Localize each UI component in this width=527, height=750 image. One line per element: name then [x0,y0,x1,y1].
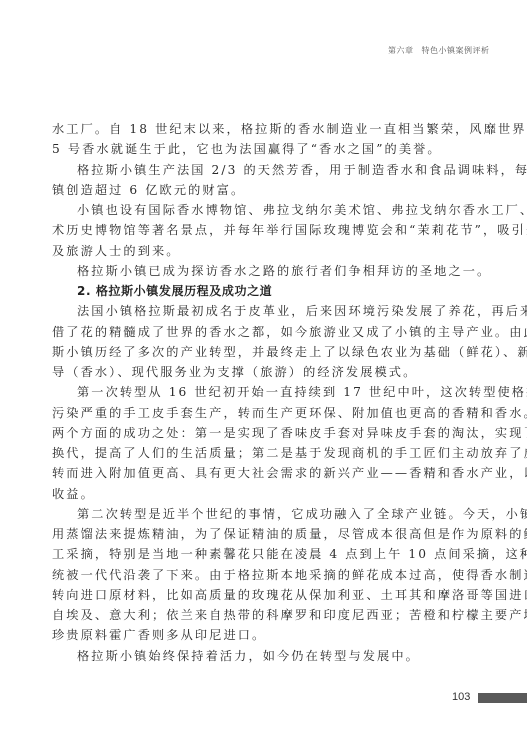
chapter-label: 第六章 [388,46,414,55]
text-line: 污染严重的手工皮手套生产，转而生产更环保、附加值也更高的香精和香水。这次转型有 [52,403,484,423]
text-line: 及旅游人士的到来。 [52,241,484,261]
text-line: 5 号香水就诞生于此，它也为法国赢得了“香水之国”的美誉。 [52,139,484,159]
text-line: 导（香水）、现代服务业为支撑（旅游）的经济发展模式。 [52,362,484,382]
page-number: 103 [452,691,470,703]
page-number-bar [478,693,527,703]
text-line: 借了花的精髓成了世界的香水之都，如今旅游业又成了小镇的主导产业。由此可见，格拉 [52,322,484,342]
text-line: 收益。 [52,484,484,504]
text-line: 格拉斯小镇始终保持着活力，如今仍在转型与发展中。 [52,646,484,666]
text-line: 统被一代代沿袭了下来。由于格拉斯本地采摘的鲜花成本过高，使得香水制造厂商进而 [52,565,484,585]
text-line: 法国小镇格拉斯最初成名于皮革业，后来因环境污染发展了养花，再后来格拉斯便 [52,301,484,321]
text-line: 珍贵原料霍广香则多从印尼进口。 [52,625,484,645]
text-line: 斯小镇历经了多次的产业转型，并最终走上了以绿色农业为基础（鲜花）、新型工业为主 [52,342,484,362]
text-line: 第二次转型是近半个世纪的事情，它成功融入了全球产业链。今天，小镇里一般使 [52,504,484,524]
body-text: 水工厂。自 18 世纪末以来，格拉斯的香水制造业一直相当繁荣，风靡世界的品牌香奈… [52,119,484,666]
text-line: 第一次转型从 16 世纪初开始一直持续到 17 世纪中叶，这次转型使格拉斯人抛弃… [52,382,484,402]
text-line: 用蒸馏法来提炼精油，为了保证精油的质量，尽管成本很高但是作为原料的鲜花一直是手 [52,524,484,544]
text-line: 两个方面的成功之处：第一是实现了香味皮手套对异味皮手套的淘汰，实现了产业的升级 [52,423,484,443]
text-line: 工采摘，特别是当地一种素馨花只能在凌晨 4 点到上午 10 点间采摘，这种近乎苛… [52,544,484,564]
text-line: 自埃及、意大利；依兰来自热带的科摩罗和印度尼西亚；苦橙和柠檬主要产地也是意大利； [52,605,484,625]
chapter-title: 特色小镇案例评析 [422,46,490,55]
text-line: 转而进入附加值更高、具有更大社会需求的新兴产业——香精和香水产业，以获取更高的 [52,463,484,483]
text-line: 换代，提高了人们的生活质量；第二是基于发现商机的手工匠们主动放弃了皮手套产业， [52,443,484,463]
running-head: 第六章特色小镇案例评析 [388,45,490,56]
text-line: 转向进口原材料，比如高质量的玫瑰花从保加利亚、土耳其和摩洛哥等国进口；茉莉花来 [52,585,484,605]
text-line: 小镇也设有国际香水博物馆、弗拉戈纳尔美术馆、弗拉戈纳尔香水工厂、普罗旺斯艺 [52,200,484,220]
text-line: 术历史博物馆等著名景点，并每年举行国际玫瑰博览会和“茉莉花节”，吸引全世界爱香 [52,220,484,240]
text-line: 镇创造超过 6 亿欧元的财富。 [52,180,484,200]
text-line: 格拉斯小镇已成为探访香水之路的旅行者们争相拜访的圣地之一。 [52,261,484,281]
text-line: 水工厂。自 18 世纪末以来，格拉斯的香水制造业一直相当繁荣，风靡世界的品牌香奈… [52,119,484,139]
text-line: 格拉斯小镇生产法国 2/3 的天然芳香，用于制造香水和食品调味料，每年香水业为小 [52,160,484,180]
section-heading: 2. 格拉斯小镇发展历程及成功之道 [52,281,484,301]
